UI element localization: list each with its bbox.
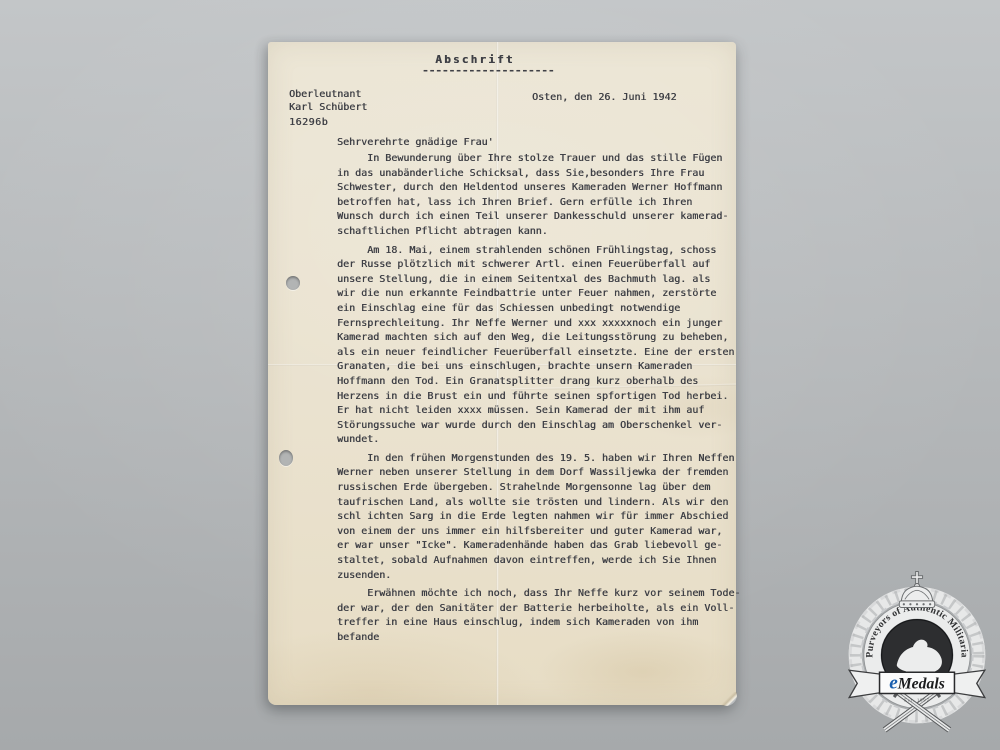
brand-text: eMedals: [889, 672, 945, 693]
established-text: Est. 1997: [904, 698, 930, 703]
sender-block: Oberleutnant Karl Schübert 16296b: [289, 88, 367, 129]
document-page: Abschrift -------------------- Oberleutn…: [268, 42, 736, 705]
dateline: Osten, den 26. Juni 1942: [532, 92, 677, 103]
paragraph-3: In den frühen Morgenstunden des 19. 5. h…: [337, 452, 741, 583]
paragraph-1: In Bewunderung über Ihre stolze Trauer u…: [337, 152, 741, 240]
punch-hole-top: [286, 276, 300, 290]
letter-body: In Bewunderung über Ihre stolze Trauer u…: [337, 152, 741, 650]
dog-ear-corner: [721, 692, 737, 706]
brand-rest: Medals: [897, 675, 945, 692]
sender-number: 16296b: [289, 116, 367, 129]
emedals-watermark: Purveyors of Authentic Militaria: [836, 570, 998, 734]
sender-name: Karl Schübert: [289, 101, 367, 114]
heading-underline: --------------------: [422, 64, 554, 77]
punch-hole-bottom: [279, 450, 293, 466]
salutation: Sehrverehrte gnädige Frau': [337, 137, 494, 148]
photo-background: Abschrift -------------------- Oberleutn…: [0, 0, 1000, 750]
sender-rank: Oberleutnant: [289, 88, 367, 101]
paragraph-2: Am 18. Mai, einem strahlenden schönen Fr…: [337, 244, 741, 448]
paragraph-4: Erwähnen möchte ich noch, dass Ihr Neffe…: [337, 587, 741, 645]
